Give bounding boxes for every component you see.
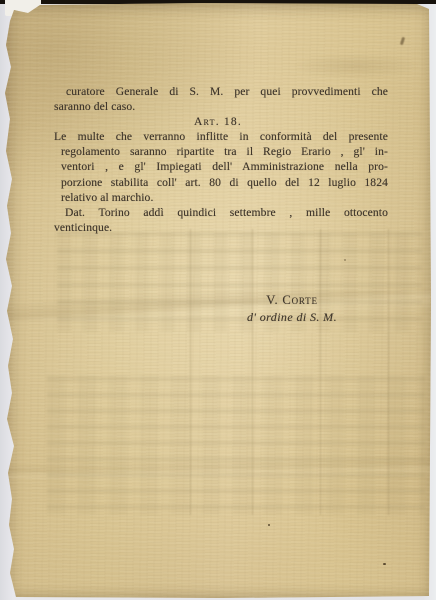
article-heading: Art. 18.	[54, 114, 388, 129]
paper-sheet: curatore Generale di S. M. per quei prov…	[2, 1, 432, 598]
bleed-through-rule	[252, 229, 253, 515]
signature-block: V. Corte d' ordine di S. M.	[225, 293, 359, 325]
text-line: Dat. Torino addì quindici settembre , mi…	[54, 205, 388, 220]
text-line: Le multe che verranno inflitte in confor…	[54, 129, 388, 144]
text-line: venticinque.	[54, 220, 388, 235]
text-line: curatore Generale di S. M. per quei prov…	[54, 84, 388, 99]
signature-authority-note: d' ordine di S. M.	[225, 310, 359, 325]
ink-speck	[344, 259, 346, 261]
text-line: porzione stabilita coll' art. 80 di quel…	[54, 175, 388, 190]
ink-speck	[383, 563, 386, 565]
bleed-through-rule	[320, 229, 321, 515]
body-text: curatore Generale di S. M. per quei prov…	[54, 84, 388, 235]
ink-speck	[268, 524, 270, 526]
bleed-through-rule	[388, 229, 389, 515]
text-line: regolamento saranno ripartite tra il Reg…	[54, 144, 388, 159]
bleed-through-text	[47, 375, 425, 515]
text-line: ventori , e gl' Impiegati dell' Amminist…	[54, 159, 388, 174]
text-line: saranno del caso.	[54, 99, 388, 114]
bleed-through-rule	[190, 229, 191, 515]
text-line: relativo al marchio.	[54, 190, 388, 205]
signature-name: V. Corte	[225, 293, 359, 308]
scanned-document-page: curatore Generale di S. M. per quei prov…	[0, 0, 436, 600]
